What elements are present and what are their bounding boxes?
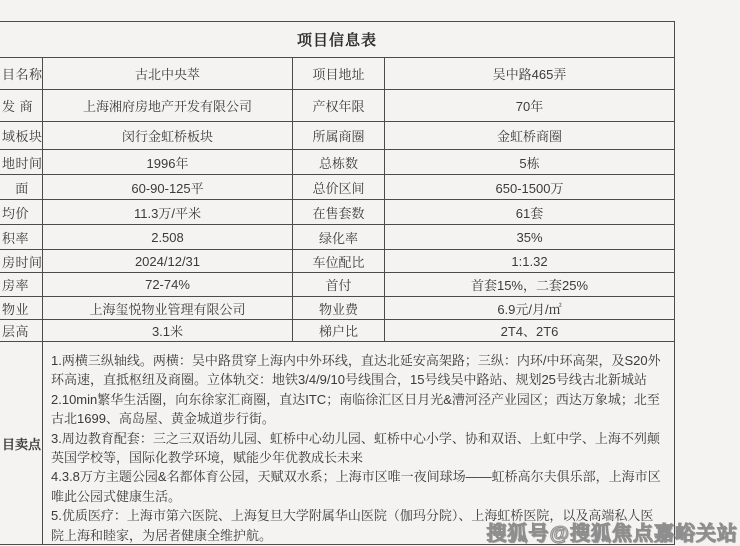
field-value: 35% [385,225,674,250]
field-label: 物业费 [293,297,385,320]
table-title: 项目信息表 [0,22,674,58]
field-label: 绿化率 [293,225,385,250]
row-value: 11.3万/平米 [43,200,293,225]
row-value: 60-90-125平 [43,175,293,200]
selling-points-content: 1.两横三纵轴线。两横：吴中路贯穿上海内中外环线，直达北延安高架路；三纵：内环/… [43,342,674,544]
selling-point-3: 3.周边教育配套：三之三双语幼儿园、虹桥中心幼儿园、虹桥中心小学、协和双语、上虹… [51,429,666,468]
field-value: 1:1.32 [385,250,674,273]
row-label: 物业 [0,297,43,320]
row-label: 房时间 [0,250,43,273]
field-label: 在售套数 [293,200,385,225]
field-label: 车位配比 [293,250,385,273]
field-label: 产权年限 [293,90,385,122]
table-row: 均价 11.3万/平米 在售套数 61套 [0,200,674,225]
row-value: 72-74% [43,273,293,297]
row-value: 上海湘府房地产开发有限公司 [43,90,293,122]
field-value: 70年 [385,90,674,122]
field-label: 总价区间 [293,175,385,200]
table-row: 层高 3.1米 梯户比 2T4、2T6 [0,320,674,342]
table-row: 目名称 古北中央萃 项目地址 吴中路465弄 [0,58,674,90]
row-value: 2024/12/31 [43,250,293,273]
field-value: 61套 [385,200,674,225]
row-label: 地时间 [0,150,43,175]
table-row: 房时间 2024/12/31 车位配比 1:1.32 [0,250,674,273]
field-value: 吴中路465弄 [385,58,674,90]
field-label: 项目地址 [293,58,385,90]
selling-point-2: 2.10min繁华生活圈，向东徐家汇商圈，直达ITC；南临徐汇区日月光&漕河泾产… [51,390,666,429]
field-value: 2T4、2T6 [385,320,674,342]
table-row: 积率 2.508 绿化率 35% [0,225,674,250]
row-label: 房率 [0,273,43,297]
field-value: 5栋 [385,150,674,175]
row-label: 面 [0,175,43,200]
row-value: 3.1米 [43,320,293,342]
table-row: 地时间 1996年 总栋数 5栋 [0,150,674,175]
row-value: 上海玺悦物业管理有限公司 [43,297,293,320]
field-value: 6.9元/月/㎡ [385,297,674,320]
row-label: 目名称 [0,58,43,90]
sohu-watermark: 搜狐号@搜狐焦点嘉峪关站 [486,517,738,546]
field-label: 总栋数 [293,150,385,175]
selling-points-row: 目卖点 1.两横三纵轴线。两横：吴中路贯穿上海内中外环线，直达北延安高架路；三纵… [0,342,674,544]
selling-point-4: 4.3.8万方主题公园&名都体育公园，天赋双水系；上海市区唯一夜间球场——虹桥高… [51,467,666,506]
row-value: 闵行金虹桥板块 [43,122,293,150]
table-row: 物业 上海玺悦物业管理有限公司 物业费 6.9元/月/㎡ [0,297,674,320]
field-label: 首付 [293,273,385,297]
field-value: 650-1500万 [385,175,674,200]
selling-points-label: 目卖点 [0,342,43,544]
table-row: 房率 72-74% 首付 首套15%，二套25% [0,273,674,297]
row-label: 发 商 [0,90,43,122]
row-value: 古北中央萃 [43,58,293,90]
selling-point-1: 1.两横三纵轴线。两横：吴中路贯穿上海内中外环线，直达北延安高架路；三纵：内环/… [51,351,666,390]
field-label: 梯户比 [293,320,385,342]
page: { "title": "项目信息表", "colors": { "backgro… [0,0,740,546]
table-row: 面 60-90-125平 总价区间 650-1500万 [0,175,674,200]
row-label: 积率 [0,225,43,250]
field-label: 所属商圈 [293,122,385,150]
row-label: 层高 [0,320,43,342]
row-value: 1996年 [43,150,293,175]
row-label: 域板块 [0,122,43,150]
project-info-table: 项目信息表 目名称 古北中央萃 项目地址 吴中路465弄 发 商 上海湘府房地产… [0,21,675,545]
row-value: 2.508 [43,225,293,250]
field-value: 金虹桥商圈 [385,122,674,150]
table-row: 发 商 上海湘府房地产开发有限公司 产权年限 70年 [0,90,674,122]
field-value: 首套15%，二套25% [385,273,674,297]
table-row: 域板块 闵行金虹桥板块 所属商圈 金虹桥商圈 [0,122,674,150]
row-label: 均价 [0,200,43,225]
